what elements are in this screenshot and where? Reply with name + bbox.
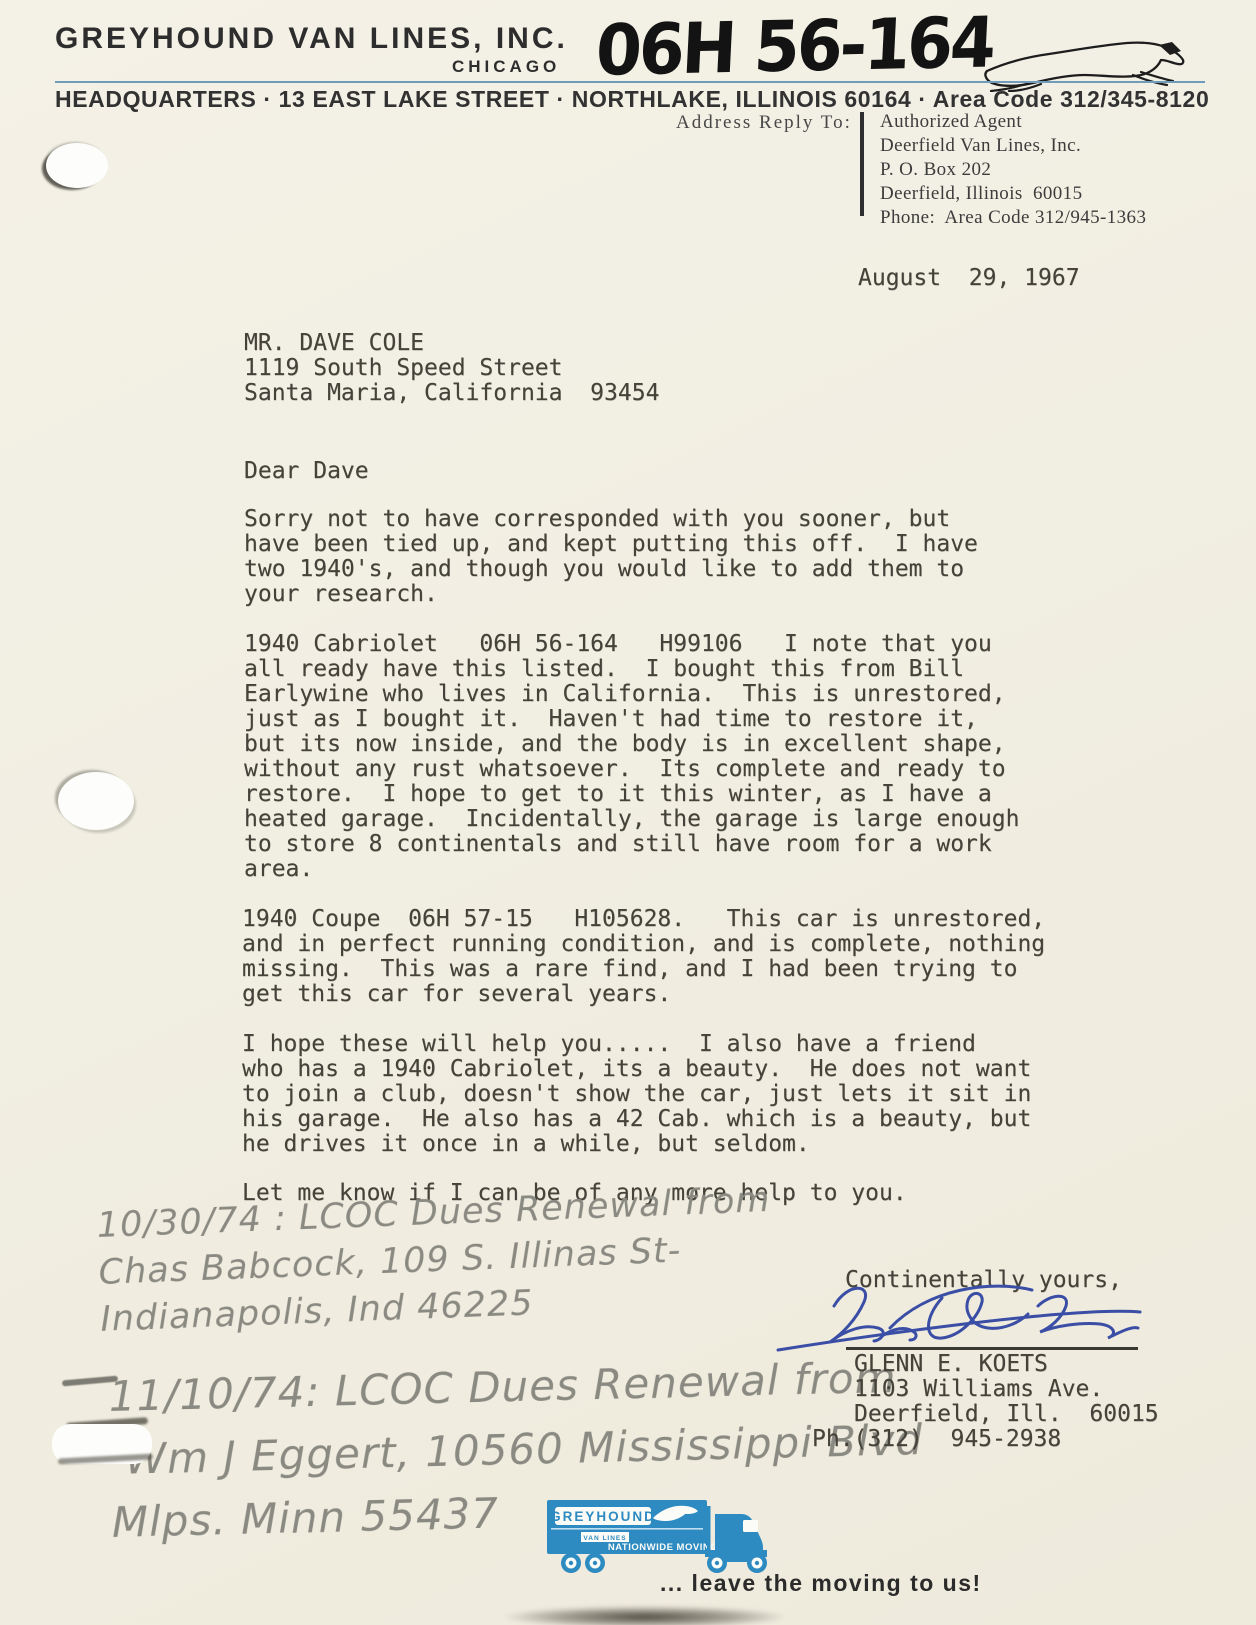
whiteout-spot-top <box>46 143 108 188</box>
letter-page: GREYHOUND VAN LINES, INC. CHICAGO 06H 56… <box>0 0 1256 1625</box>
salutation: Dear Dave <box>244 459 369 484</box>
truck-tagline-text: NATIONWIDE MOVING <box>608 1542 718 1553</box>
header-rule <box>55 81 1205 83</box>
pencil-note-2: 11/10/74: LCOC Dues Renewal from Wm J Eg… <box>108 1345 925 1554</box>
truck-sub-text: VAN LINES <box>583 1535 626 1542</box>
company-city: CHICAGO <box>452 57 560 77</box>
recipient-address: MR. DAVE COLE 1119 South Speed Street Sa… <box>244 331 659 406</box>
truck-logo: GREYHOUND VAN LINES NATIONWIDE MOVING <box>545 1490 783 1576</box>
letter-date: August 29, 1967 <box>858 266 1080 291</box>
body-paragraph-2: 1940 Cabriolet 06H 56-164 H99106 I note … <box>244 632 1019 882</box>
body-paragraph-1: Sorry not to have corresponded with you … <box>244 507 978 607</box>
typed-signature-block: GLENN E. KOETS 1103 Williams Ave. Deerfi… <box>854 1352 1159 1427</box>
routing-number-handwritten: 06H 56-164 <box>594 2 995 92</box>
reply-label: Address Reply To: <box>676 112 852 134</box>
company-name: GREYHOUND VAN LINES, INC. <box>55 22 568 56</box>
footer-slogan: ... leave the moving to us! <box>660 1570 982 1597</box>
scan-shadow <box>505 1606 785 1625</box>
signature-phone: Ph.(312) 945-2938 <box>812 1427 1061 1452</box>
headquarters-line: HEADQUARTERS · 13 EAST LAKE STREET · NOR… <box>55 86 1209 113</box>
reply-divider <box>860 112 864 216</box>
signature-underline <box>846 1347 1138 1350</box>
agent-address-block: Authorized Agent Deerfield Van Lines, In… <box>880 110 1146 230</box>
whiteout-spot-middle <box>58 772 134 830</box>
pencil-note-1: 10/30/74 : LCOC Dues Renewal from Chas B… <box>96 1177 775 1344</box>
body-paragraph-4: I hope these will help you..... I also h… <box>242 1032 1031 1157</box>
truck-brand-text: GREYHOUND <box>550 1509 656 1524</box>
body-paragraph-3: 1940 Coupe 06H 57-15 H105628. This car i… <box>242 907 1045 1007</box>
